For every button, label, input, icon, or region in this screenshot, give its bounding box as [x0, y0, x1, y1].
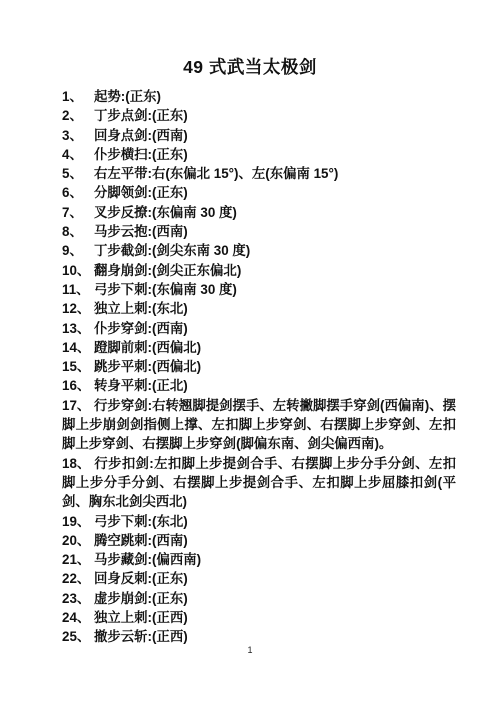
item-number: 1、 [62, 87, 94, 106]
item-number: 5、 [62, 164, 94, 183]
list-item: 23、虚步崩剑:(正东) [62, 589, 456, 608]
item-text: 马步藏剑:(偏西南) [94, 552, 201, 567]
item-text: 分脚领剑:(正东) [94, 185, 188, 200]
item-text: 撤步云斩:(正西) [94, 629, 188, 644]
list-item: 19、弓步下刺:(东北) [62, 512, 456, 531]
list-item: 25、撤步云斩:(正西) [62, 627, 456, 646]
list-item: 21、马步藏剑:(偏西南) [62, 550, 456, 569]
item-text: 仆步穿剑:(西南) [94, 321, 188, 336]
item-text: 右左平带:右(东偏北 15°)、左(东偏南 15°) [94, 166, 338, 181]
item-number: 18、 [62, 454, 94, 473]
document-page: 49 式武当太极剑 1、起势:(正东) 2、丁步点剑:(正东) 3、回身点剑:(… [0, 0, 500, 707]
list-item: 14、蹬脚前刺:(西偏北) [62, 338, 456, 357]
list-item: 7、叉步反撩:(东偏南 30 度) [62, 203, 456, 222]
movement-list: 1、起势:(正东) 2、丁步点剑:(正东) 3、回身点剑:(西南) 4、仆步横扫… [62, 87, 456, 647]
list-item: 12、独立上刺:(东北) [62, 299, 456, 318]
item-number: 3、 [62, 126, 94, 145]
item-number: 15、 [62, 357, 94, 376]
list-item: 15、跳步平刺:(西偏北) [62, 357, 456, 376]
list-item: 4、仆步横扫:(正东) [62, 145, 456, 164]
item-number: 14、 [62, 338, 94, 357]
list-item: 2、丁步点剑:(正东) [62, 106, 456, 125]
item-text: 独立上刺:(正西) [94, 610, 188, 625]
list-item: 17、行步穿剑:右转翘脚提剑摆手、左转撇脚摆手穿剑(西偏南)、摆脚上步崩剑剑指侧… [62, 396, 456, 454]
item-text: 叉步反撩:(东偏南 30 度) [94, 205, 237, 220]
item-text: 丁步截剑:(剑尖东南 30 度) [94, 243, 250, 258]
item-text: 行步扣剑:左扣脚上步提剑合手、右摆脚上步分手分剑、左扣脚上步分手分剑、右摆脚上步… [62, 456, 456, 510]
item-number: 20、 [62, 531, 94, 550]
item-text: 虚步崩剑:(正东) [94, 591, 188, 606]
item-number: 16、 [62, 376, 94, 395]
item-number: 4、 [62, 145, 94, 164]
list-item: 16、转身平刺:(正北) [62, 376, 456, 395]
item-number: 13、 [62, 319, 94, 338]
item-number: 8、 [62, 222, 94, 241]
item-text: 弓步下刺:(东北) [94, 514, 188, 529]
item-text: 马步云抱:(西南) [94, 224, 188, 239]
item-text: 回身反刺:(正东) [94, 571, 188, 586]
item-text: 行步穿剑:右转翘脚提剑摆手、左转撇脚摆手穿剑(西偏南)、摆脚上步崩剑剑指侧上撑、… [62, 398, 456, 452]
list-item: 11、弓步下刺:(东偏南 30 度) [62, 280, 456, 299]
item-number: 24、 [62, 608, 94, 627]
item-text: 起势:(正东) [94, 89, 161, 104]
item-text: 独立上刺:(东北) [94, 301, 188, 316]
item-number: 10、 [62, 261, 94, 280]
item-text: 回身点剑:(西南) [94, 128, 188, 143]
list-item: 3、回身点剑:(西南) [62, 126, 456, 145]
item-text: 仆步横扫:(正东) [94, 147, 188, 162]
item-number: 23、 [62, 589, 94, 608]
list-item: 18、行步扣剑:左扣脚上步提剑合手、右摆脚上步分手分剑、左扣脚上步分手分剑、右摆… [62, 454, 456, 512]
item-text: 腾空跳刺:(西南) [94, 533, 188, 548]
list-item: 24、独立上刺:(正西) [62, 608, 456, 627]
list-item: 10、翻身崩剑:(剑尖正东偏北) [62, 261, 456, 280]
item-text: 弓步下刺:(东偏南 30 度) [94, 282, 237, 297]
list-item: 9、丁步截剑:(剑尖东南 30 度) [62, 241, 456, 260]
item-text: 转身平刺:(正北) [94, 378, 188, 393]
item-number: 9、 [62, 241, 94, 260]
item-number: 11、 [62, 280, 94, 299]
page-number: 1 [0, 645, 500, 655]
list-item: 20、腾空跳刺:(西南) [62, 531, 456, 550]
item-text: 跳步平刺:(西偏北) [94, 359, 201, 374]
list-item: 5、右左平带:右(东偏北 15°)、左(东偏南 15°) [62, 164, 456, 183]
item-number: 12、 [62, 299, 94, 318]
list-item: 1、起势:(正东) [62, 87, 456, 106]
item-number: 19、 [62, 512, 94, 531]
item-number: 22、 [62, 569, 94, 588]
item-number: 25、 [62, 627, 94, 646]
item-text: 蹬脚前刺:(西偏北) [94, 340, 201, 355]
item-number: 7、 [62, 203, 94, 222]
item-number: 17、 [62, 396, 94, 415]
list-item: 6、分脚领剑:(正东) [62, 183, 456, 202]
list-item: 22、回身反刺:(正东) [62, 569, 456, 588]
item-number: 21、 [62, 550, 94, 569]
item-text: 翻身崩剑:(剑尖正东偏北) [94, 263, 241, 278]
page-title: 49 式武当太极剑 [0, 0, 500, 79]
list-item: 13、仆步穿剑:(西南) [62, 319, 456, 338]
item-text: 丁步点剑:(正东) [94, 108, 188, 123]
item-number: 6、 [62, 183, 94, 202]
item-number: 2、 [62, 106, 94, 125]
list-item: 8、马步云抱:(西南) [62, 222, 456, 241]
